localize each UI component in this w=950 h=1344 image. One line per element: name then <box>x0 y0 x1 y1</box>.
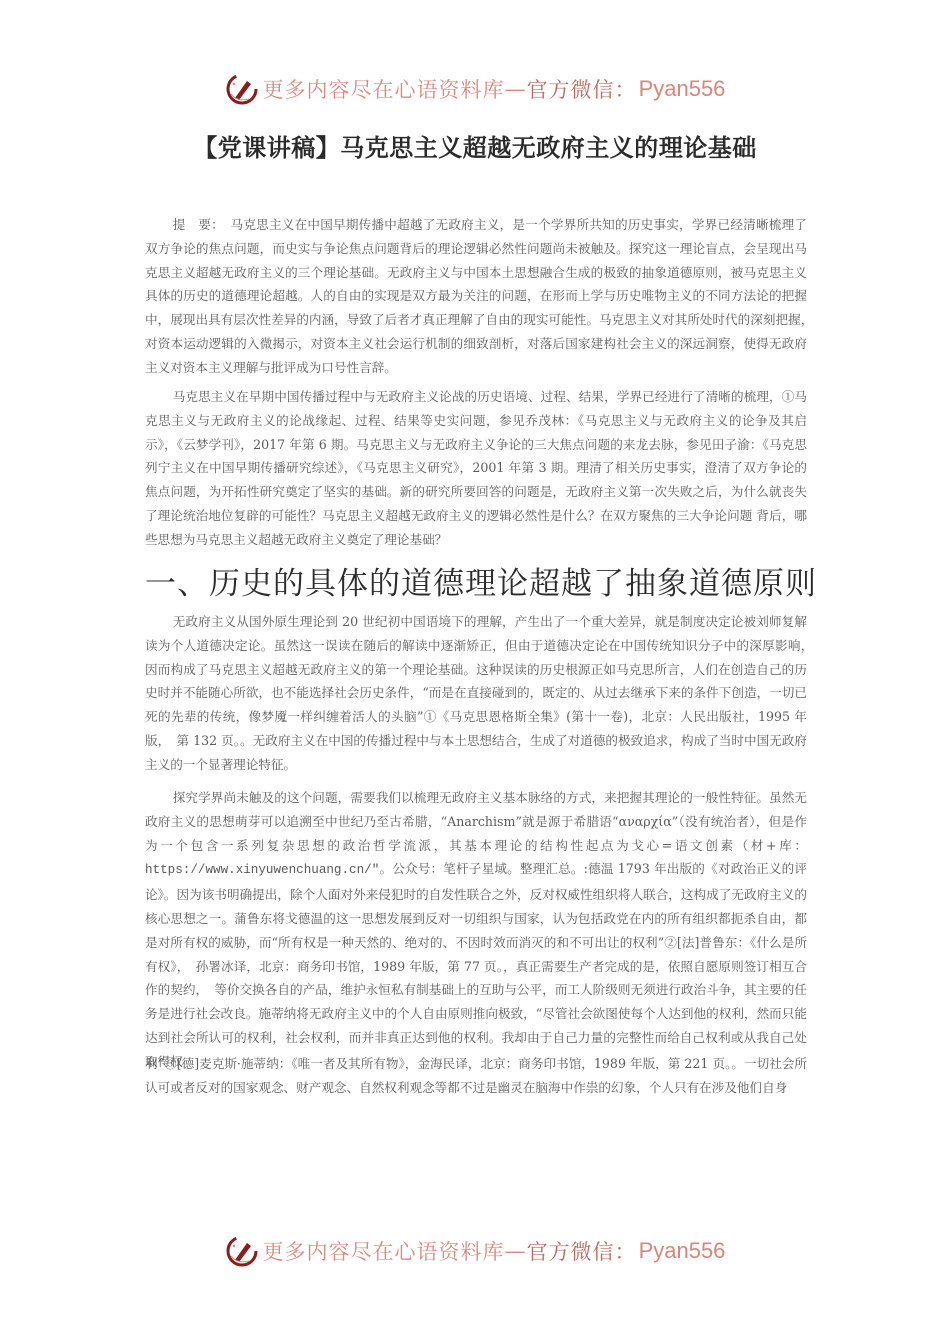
watermark-slogan: 更多内容尽在心语资料库 <box>263 1236 505 1266</box>
section1-block-3: 利”③[德]麦克斯·施蒂纳：《唯一者及其所有物》，金海民译，北京：商务印书馆，1… <box>145 1052 807 1100</box>
section1-block-2: 探究学界尚未触及的这个问题，需要我们以梳理无政府主义基本脉络的方式，来把握其理论… <box>145 786 807 1074</box>
abstract-block: 提 要： 马克思主义在中国早期传播中超越了无政府主义，是一个学界所共知的历史事实… <box>145 213 807 380</box>
section1-paragraph-3: 利”③[德]麦克斯·施蒂纳：《唯一者及其所有物》，金海民译，北京：商务印书馆，1… <box>145 1052 807 1100</box>
watermark-dash: — <box>505 1239 527 1263</box>
section1-paragraph-2: 探究学界尚未触及的这个问题，需要我们以梳理无政府主义基本脉络的方式，来把握其理论… <box>145 786 807 1074</box>
quill-pen-logo-icon <box>225 1234 259 1268</box>
watermark-dash: — <box>505 77 527 101</box>
section1-block-1: 无政府主义从国外原生理论到 20 世纪初中国语境下的理解，产生出了一个重大差异，… <box>145 610 807 777</box>
intro-block: 马克思主义在早期中国传播过程中与无政府主义论战的历史语境、过程、结果，学界已经进… <box>145 385 807 552</box>
watermark-banner-top: 更多内容尽在心语资料库 — 官方微信： Pyan556 <box>0 72 950 106</box>
watermark-wechat-label: 官方微信： <box>527 1236 637 1266</box>
abstract-paragraph: 提 要： 马克思主义在中国早期传播中超越了无政府主义，是一个学界所共知的历史事实… <box>145 213 807 380</box>
source-link[interactable]: https://www.xinyuwenchuang.cn/" <box>145 863 379 877</box>
watermark-slogan: 更多内容尽在心语资料库 <box>263 74 505 104</box>
watermark-wechat-id: Pyan556 <box>639 1238 726 1264</box>
paragraph-text: 。公众号：笔杆子星域。整理汇总。:德温 1793 年出版的《对政治正义的评论》。… <box>145 861 807 1068</box>
paragraph-text: 探究学界尚未触及的这个问题，需要我们以梳理无政府主义基本脉络的方式，来把握其理论… <box>145 790 807 853</box>
intro-paragraph: 马克思主义在早期中国传播过程中与无政府主义论战的历史语境、过程、结果，学界已经进… <box>145 385 807 552</box>
section-heading-1: 一、历史的具体的道德理论超越了抽象道德原则 <box>145 558 817 603</box>
watermark-wechat-id: Pyan556 <box>639 76 726 102</box>
document-title: 【党课讲稿】马克思主义超越无政府主义的理论基础 <box>0 128 950 163</box>
watermark-banner-bottom: 更多内容尽在心语资料库 — 官方微信： Pyan556 <box>0 1234 950 1268</box>
quill-pen-logo-icon <box>225 72 259 106</box>
section1-paragraph-1: 无政府主义从国外原生理论到 20 世纪初中国语境下的理解，产生出了一个重大差异，… <box>145 610 807 777</box>
watermark-wechat-label: 官方微信： <box>527 74 637 104</box>
